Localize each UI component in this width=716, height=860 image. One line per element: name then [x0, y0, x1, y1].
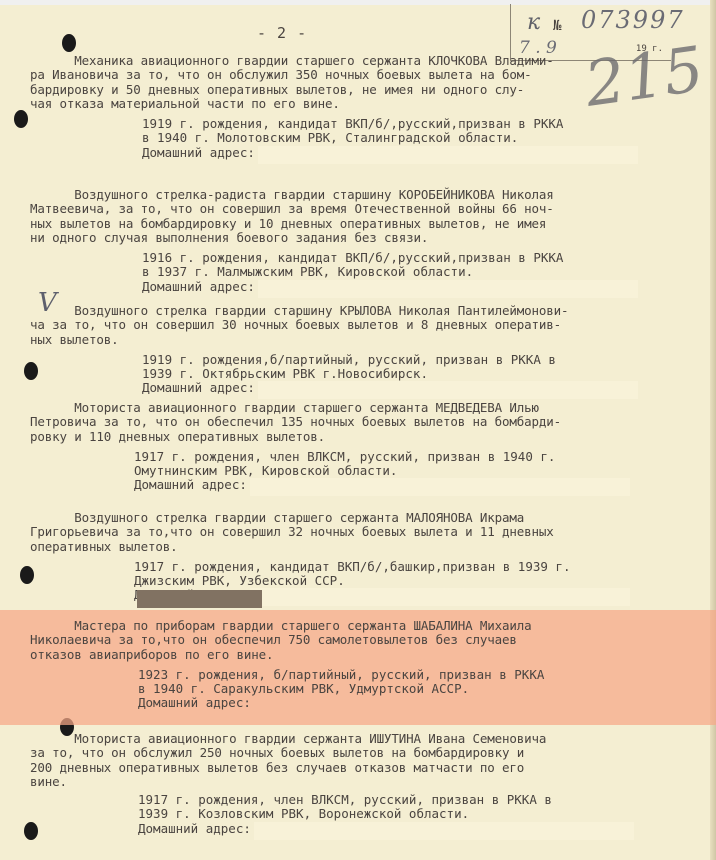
stamp-letter: к — [527, 10, 540, 35]
address-blank — [258, 280, 638, 298]
address-label: Домашний адрес: — [138, 695, 251, 710]
document-page: - 2 - к № 073997 7 . 9 19 г. 215 V Механ… — [0, 0, 716, 860]
punch-hole-icon — [14, 110, 28, 128]
stamp-number: 073997 — [581, 6, 685, 34]
entry-paragraph: Моториста авиационного гвардии старшего … — [30, 401, 670, 444]
award-entry: Воздушного стрелка гвардии старшего серж… — [30, 511, 670, 603]
entry-paragraph: Механика авиационного гвардии старшего с… — [30, 54, 670, 111]
address-label: Домашний адрес: — [142, 380, 255, 395]
entry-bio: 1917 г. рождения, член ВЛКСМ, русский, п… — [134, 450, 670, 479]
home-address: Домашний адрес: — [142, 280, 670, 294]
award-entry: Механика авиационного гвардии старшего с… — [30, 54, 670, 160]
address-blank — [250, 588, 630, 606]
home-address: Домашний адрес: — [142, 146, 670, 160]
award-entry: Моториста авиационного гвардии старшего … — [30, 401, 670, 493]
entry-paragraph: Моториста авиационного гвардии сержанта … — [30, 732, 670, 789]
entry-paragraph: Воздушного стрелка гвардии старшего серж… — [30, 511, 670, 554]
home-address: Домашний адрес: — [142, 381, 670, 395]
address-label: Домашний адрес: — [134, 477, 247, 492]
entry-bio: 1917 г. рождения, кандидат ВКП/б/,башкир… — [134, 560, 670, 589]
home-address: Домашний адрес: — [138, 696, 670, 710]
home-address: Домашний адрес: — [138, 822, 670, 836]
page-edge — [710, 0, 716, 860]
award-entry: Моториста авиационного гвардии сержанта … — [30, 732, 670, 836]
entry-bio: 1919 г. рождения, кандидат ВКП/б/,русски… — [142, 117, 670, 146]
award-entry: Воздушного стрелка гвардии старшину КРЫЛ… — [30, 304, 670, 396]
address-blank — [250, 478, 630, 496]
entry-paragraph: Воздушного стрелка-радиста гвардии старш… — [30, 188, 670, 245]
redaction-bar — [137, 590, 262, 608]
address-label: Домашний адрес: — [142, 279, 255, 294]
entry-paragraph: Воздушного стрелка гвардии старшину КРЫЛ… — [30, 304, 670, 347]
entry-bio: 1916 г. рождения, кандидат ВКП/б/,русски… — [142, 251, 670, 280]
entry-bio: 1919 г. рождения,б/партийный, русский, п… — [142, 353, 670, 382]
home-address: Домашний адрес: — [134, 478, 670, 492]
address-label: Домашний адрес: — [138, 821, 251, 836]
entry-bio: 1923 г. рождения, б/партийный, русский, … — [138, 668, 670, 697]
address-label: Домашний адрес: — [142, 145, 255, 160]
punch-hole-icon — [62, 34, 76, 52]
award-entry: Воздушного стрелка-радиста гвардии старш… — [30, 188, 670, 294]
entry-paragraph: Мастера по приборам гвардии старшего сер… — [30, 619, 670, 662]
address-blank — [258, 146, 638, 164]
award-entry-highlighted: Мастера по приборам гвардии старшего сер… — [30, 619, 670, 711]
address-blank — [254, 822, 634, 840]
entry-bio: 1917 г. рождения, член ВЛКСМ, русский, п… — [138, 793, 670, 822]
page-number: - 2 - — [257, 24, 307, 42]
stamp-number-prefix: № — [553, 18, 561, 34]
address-blank — [258, 381, 638, 399]
